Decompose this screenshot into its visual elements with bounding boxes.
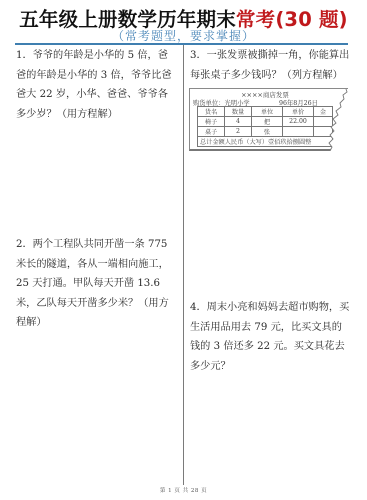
invoice-header-cell: 货名 bbox=[198, 107, 225, 117]
invoice-cell: 把 bbox=[252, 117, 283, 127]
question-1: 1．爷爷的年龄是小华的 5 倍，爸爸的年龄是小华的 3 倍，爷爷比爸爸大 22 … bbox=[16, 46, 178, 124]
invoice-header-cell: 数量 bbox=[225, 107, 252, 117]
column-divider bbox=[183, 45, 184, 485]
invoice-header-cell: 单位 bbox=[252, 107, 283, 117]
page-footer: 第 1 页 共 28 页 bbox=[0, 486, 367, 494]
invoice-cell: 张 bbox=[252, 127, 283, 137]
question-2: 2．两个工程队共同开凿一条 775 米长的隧道，各从一端相向施工，25 天打通。… bbox=[16, 235, 178, 333]
page-subtitle: （常考题型，要求掌握） bbox=[0, 27, 367, 44]
question-3: 3．一张发票被撕掉一角，你能算出每张桌子多少钱吗？（列方程解） bbox=[190, 46, 350, 85]
header-divider bbox=[15, 43, 348, 45]
invoice-cell: 桌子 bbox=[198, 127, 225, 137]
torn-corner-icon bbox=[300, 89, 348, 151]
invoice-cell: 椅子 bbox=[198, 117, 225, 127]
question-4: 4．周末小亮和妈妈去超市购物，买生活用品用去 79 元，比买文具的钱的 3 倍还… bbox=[190, 298, 350, 376]
invoice-cell: 4 bbox=[225, 117, 252, 127]
torn-invoice: ××××商店发票 购货单位：光明小学 96年8月26日 货名 数量 单位 单价 … bbox=[189, 88, 348, 151]
invoice-cell: 2 bbox=[225, 127, 252, 137]
